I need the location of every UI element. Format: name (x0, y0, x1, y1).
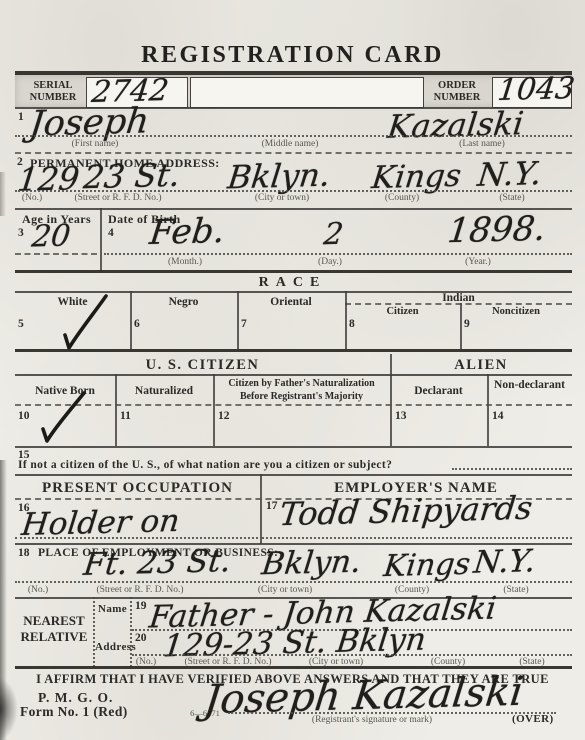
home-write-line (15, 190, 572, 192)
home-street-caption: (Street or R. F. D. No.) (74, 193, 161, 203)
indian-sub-rule (345, 303, 572, 305)
native-born-checkmark (36, 390, 88, 446)
signature-write-line (228, 712, 556, 714)
field-number-18: 18 (18, 547, 30, 559)
race-divider-2 (237, 291, 239, 349)
citizen-cell-number-11: 11 (120, 410, 131, 422)
dob-month-caption: (Month.) (168, 257, 202, 267)
dob-year-caption: (Year.) (465, 257, 491, 267)
place-state-caption: (State) (503, 585, 528, 595)
field-number-3: 3 (18, 227, 24, 239)
last-name-caption: (Last name) (459, 139, 505, 149)
home-state-caption: (State) (499, 193, 524, 203)
relative-address-label: Address (95, 641, 136, 653)
stamp-box (190, 77, 424, 108)
place-no-caption: (No.) (28, 585, 48, 595)
citizen-cell-number-10: 10 (18, 410, 30, 422)
relative-divider-2 (130, 597, 132, 667)
dob-day-value: 2 (322, 217, 345, 252)
place-city-caption: (City or town) (258, 585, 312, 595)
place-street-value: Ft. 23 St. (82, 543, 233, 583)
middle-name-caption: (Middle name) (262, 139, 319, 149)
race-divider-4 (460, 303, 462, 349)
field-number-4: 4 (108, 227, 114, 239)
race-col-indian-noncitizen-label: Noncitizen (460, 306, 572, 317)
race-cell-number-7: 7 (241, 318, 247, 330)
dob-bottom-rule (15, 270, 572, 273)
q15-question: If not a citizen of the U. S., of what n… (18, 459, 392, 471)
registration-card: REGISTRATION CARD SERIAL NUMBER 2742 ORD… (0, 0, 585, 740)
white-race-checkmark (58, 293, 110, 353)
nearest-relative-label: NEAREST RELATIVE (16, 613, 92, 644)
dob-year-value: 1898. (446, 209, 548, 252)
citizen-divider-2 (213, 374, 215, 446)
relative-name-label: Name (98, 603, 127, 615)
employer-write-line (262, 537, 572, 539)
field-number-20: 20 (135, 632, 147, 644)
occupation-heading: PRESENT OCCUPATION (15, 480, 260, 497)
race-cell-number-6: 6 (134, 318, 140, 330)
scan-artifact-corner-blob (0, 678, 18, 740)
occupation-write-line (15, 537, 258, 539)
place-write-line (15, 581, 572, 583)
place-state-value: N.Y. (472, 543, 538, 581)
citizen-by-father-label: Citizen by Father's Naturalization Befor… (216, 378, 387, 403)
order-number-label: ORDER NUMBER (426, 80, 488, 104)
race-divider-3 (345, 291, 347, 349)
order-number-value: 1043 (496, 71, 577, 108)
age-value: 20 (30, 219, 72, 255)
race-bottom-rule (15, 349, 572, 352)
race-col-oriental-label: Oriental (237, 296, 345, 308)
citizen-cell-number-13: 13 (395, 410, 407, 422)
signature-caption: (Registrant's signature or mark) (312, 715, 432, 725)
home-no-caption: (No.) (22, 193, 42, 203)
citizen-divider-3 (487, 374, 489, 446)
dob-write-line (104, 253, 572, 255)
home-city-caption: (City or town) (255, 193, 309, 203)
citizen-header-under-rule (15, 404, 572, 406)
non-declarant-label: Non-declarant (490, 378, 569, 392)
us-citizen-heading: U. S. CITIZEN (15, 357, 390, 374)
place-county-value: Kings (382, 547, 472, 584)
over-label: (OVER) (512, 713, 554, 725)
race-cell-number-9: 9 (464, 318, 470, 330)
race-divider-1 (130, 291, 132, 349)
place-city-value: Bklyn. (260, 544, 363, 583)
dob-day-caption: (Day.) (318, 257, 342, 267)
citizen-cell-number-12: 12 (218, 410, 230, 422)
race-col-indian-citizen-label: Citizen (345, 306, 460, 317)
citizen-bottom-rule (15, 446, 572, 448)
race-heading: RACE (0, 275, 585, 291)
race-cell-number-5: 5 (18, 318, 24, 330)
citizen-cell-number-14: 14 (492, 410, 504, 422)
naturalized-label: Naturalized (115, 385, 213, 397)
age-write-line (15, 253, 97, 255)
first-name-caption: (First name) (72, 139, 119, 149)
citizen-divider-1 (115, 374, 117, 446)
citizen-alien-divider (390, 354, 392, 446)
field-number-17: 17 (266, 500, 278, 512)
race-col-negro-label: Negro (130, 296, 237, 308)
home-state-value: N.Y. (476, 154, 544, 194)
alien-heading: ALIEN (390, 357, 572, 374)
dob-month-value: Feb. (148, 211, 227, 253)
scan-artifact-left-strip (0, 460, 7, 740)
row1-bottom-rule (15, 152, 572, 154)
form-number-label: Form No. 1 (Red) (20, 704, 128, 720)
q15-bottom-rule (15, 474, 572, 476)
employer-value: Todd Shipyards (277, 489, 534, 534)
q15-write-line (452, 468, 572, 470)
relative-divider-1 (93, 597, 95, 667)
serial-number-label: SERIAL NUMBER (22, 80, 84, 104)
age-dob-divider (100, 208, 102, 271)
field-number-1: 1 (18, 111, 24, 123)
relative-bottom-rule (15, 666, 572, 669)
race-cell-number-8: 8 (349, 318, 355, 330)
home-county-caption: (County) (385, 193, 419, 203)
declarant-label: Declarant (390, 385, 487, 397)
field-number-19: 19 (135, 600, 147, 612)
relative-address-write-line (132, 654, 572, 656)
page-title: REGISTRATION CARD (0, 42, 585, 69)
place-street-caption: (Street or R. F. D. No.) (96, 585, 183, 595)
name-write-line (15, 135, 572, 137)
scan-artifact-left-mark (0, 172, 6, 216)
